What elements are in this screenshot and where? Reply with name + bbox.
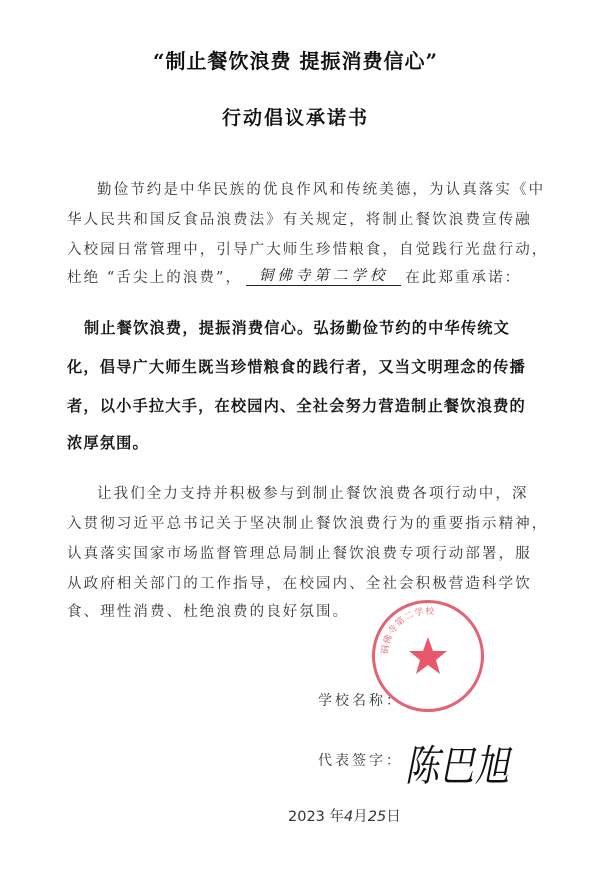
paragraph-text: 杜绝 “舌尖上的浪费”， (67, 270, 242, 286)
date-day-unit: 日 (386, 809, 401, 825)
date-day: 25 (368, 809, 386, 825)
paragraph-line-last: 杜绝 “舌尖上的浪费”，铜佛寺第二学校在此郑重承诺： (67, 266, 521, 288)
paragraph-line: 者，以小手拉大手，在校园内、全社会努力营造制止餐饮浪费的 (67, 395, 526, 416)
date: 2023 年4月25日 (288, 805, 401, 826)
document-subtitle: 行动倡议承诺书 (0, 103, 591, 130)
paragraph-line: 认真落实国家市场监督管理总局制止餐饮浪费专项行动部署，服 (67, 542, 532, 563)
date-year-unit: 年 (330, 809, 345, 825)
paragraph-line: 入校园日常管理中，引导广大师生珍惜粮食，自觉践行光盘行动， (67, 238, 548, 259)
document-title: “制止餐饮浪费 提振消费信心” (0, 45, 591, 74)
paragraph-line: 从政府相关部门的工作指导，在校园内、全社会积极营造科学饮 (67, 572, 532, 593)
paragraph-line: 华人民共和国反食品浪费法》有关规定，将制止餐饮浪费宣传融 (67, 208, 532, 229)
paragraph-line: 勤俭节约是中华民族的优良作风和传统美德，为认真落实《中 (97, 178, 545, 199)
paragraph-line: 浓厚氛围。 (67, 432, 149, 453)
paragraph-line: 制止餐饮浪费，提振消费信心。弘扬勤俭节约的中华传统文 (84, 317, 510, 338)
date-month: 4 (344, 809, 353, 825)
date-month-unit: 月 (353, 809, 368, 825)
signature-label: 代表签字： (318, 750, 403, 770)
date-year: 2023 (288, 809, 325, 825)
school-name-label: 学校名称： (318, 690, 403, 710)
paragraph-line: 让我们全力支持并积极参与到制止餐饮浪费各项行动中，深 (97, 482, 529, 503)
handwritten-signature: 陈巴旭 (405, 732, 510, 793)
handwritten-school-name: 铜佛寺第二学校 (246, 264, 401, 286)
paragraph-line: 化，倡导广大师生既当珍惜粮食的践行者，又当文明理念的传播 (67, 356, 526, 377)
paragraph-line: 食、理性消费、杜绝浪费的良好氛围。 (67, 600, 349, 621)
paragraph-line: 入贯彻习近平总书记关于坚决制止餐饮浪费行为的重要指示精神， (67, 512, 548, 533)
paragraph-text: 在此郑重承诺： (405, 270, 521, 286)
